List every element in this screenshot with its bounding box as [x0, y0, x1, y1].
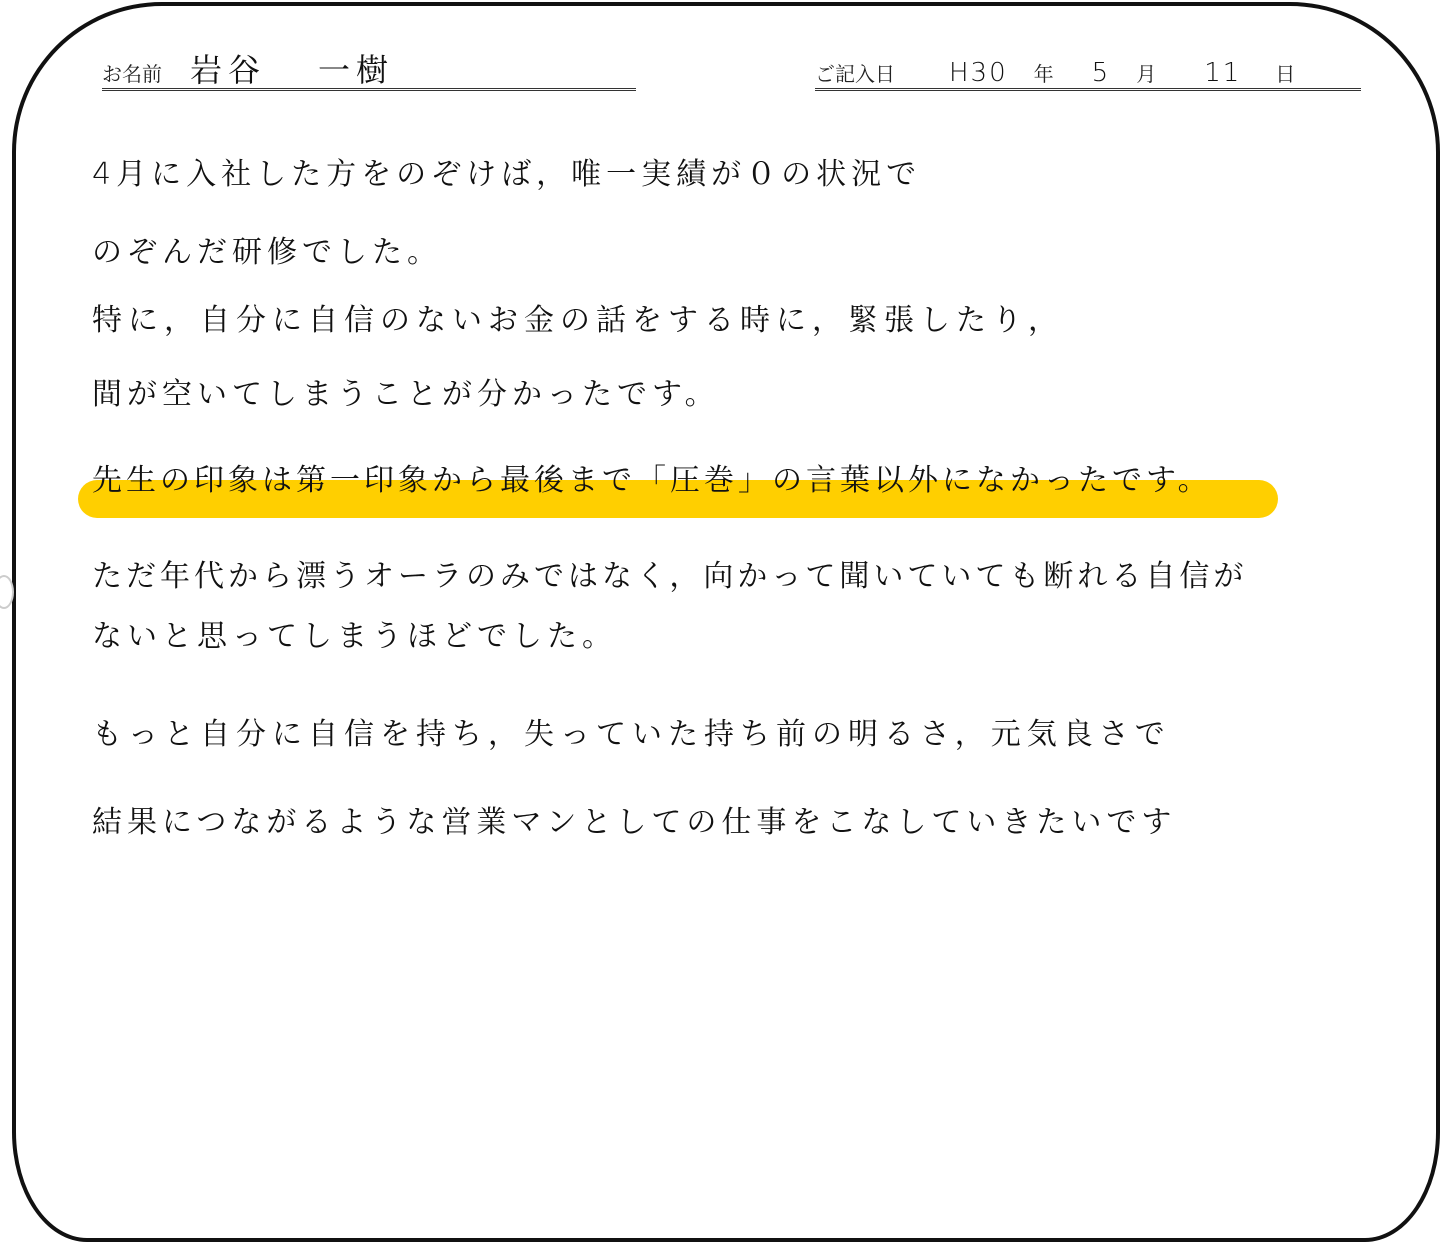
body-line: ただ年代から漂うオーラのみではなく，向かって聞いていても断れる自信が	[92, 562, 1247, 592]
body-line: のぞんだ研修でした。	[92, 238, 442, 268]
name-field: お名前 岩谷 一樹	[102, 44, 636, 91]
body-line: ないと思ってしまうほどでした。	[92, 622, 617, 652]
date-month-unit: 月	[1136, 64, 1156, 84]
body-line: 結果につながるような営業マンとしての仕事をこなしていきたいです	[92, 808, 1176, 838]
date-day-value: 11	[1204, 60, 1241, 86]
body-line: 4月に入社した方をのぞけば，唯一実績が０の状況で	[92, 160, 921, 190]
body-line: もっと自分に自信を持ち，失っていた持ち前の明るさ，元気良さで	[92, 720, 1171, 750]
name-label: お名前	[102, 64, 162, 84]
date-year-unit: 年	[1034, 64, 1054, 84]
name-family-value: 岩谷	[190, 54, 266, 86]
name-given-value: 一樹	[318, 54, 394, 86]
body-line: 特に，自分に自信のないお金の話をする時に，緊張したり，	[92, 306, 1064, 336]
body-line-highlighted: 先生の印象は第一印象から最後まで「圧巻」の言葉以外になかったです。	[92, 466, 1212, 496]
date-label: ご記入日	[815, 64, 895, 84]
body-line: 間が空いてしまうことが分かったです。	[92, 380, 720, 410]
date-day-unit: 日	[1275, 64, 1295, 84]
date-year-value: H30	[949, 60, 1008, 86]
date-month-value: 5	[1092, 60, 1111, 86]
date-field: ご記入日 H30 年 5 月 11 日	[815, 44, 1361, 91]
